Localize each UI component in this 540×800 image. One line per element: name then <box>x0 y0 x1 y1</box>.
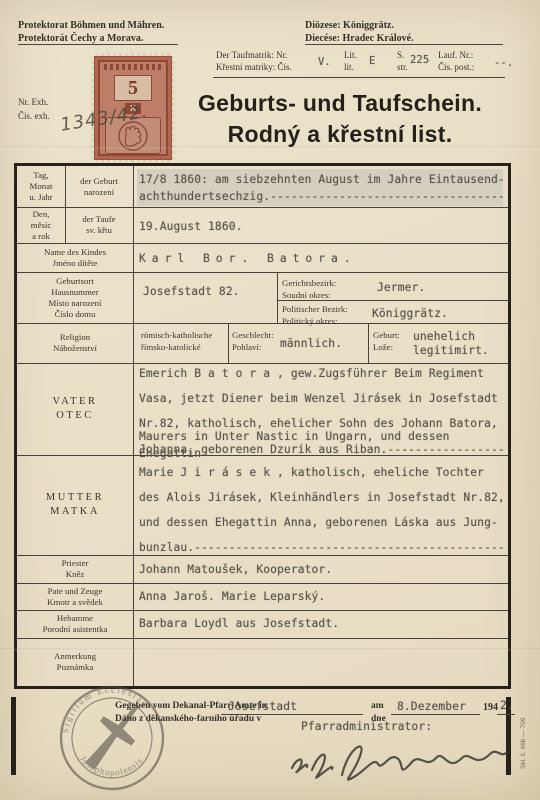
religion-cell-divider <box>228 323 229 363</box>
protectorate-heading: Protektorat Böhmen und Mähren. Protektor… <box>18 19 164 45</box>
form-number: Skl. č. 46b — 709 <box>520 718 527 769</box>
seal-text-bottom: Josephopolensis <box>78 754 145 778</box>
issue-place-underline <box>221 714 363 715</box>
matrik-s-label: S. str. <box>397 49 408 73</box>
legitimacy-value: unehelich legitimirt. <box>413 330 489 357</box>
paper-crease <box>0 146 540 149</box>
exh-label: Nr. Exh. Čís. exh. <box>18 95 50 123</box>
father-line: Vasa, jetzt Diener beim Wenzel Jirásek i… <box>139 391 498 408</box>
child-name-value: Karl Bor. Batora. <box>139 251 357 268</box>
label-birthplace: Geburtsort Hausnummer Místo narození Čís… <box>17 272 133 323</box>
matrik-lauf-label: Lauf. Nr.: Čís. post.: <box>438 49 474 73</box>
godparent-value: Anna Jaroš. Marie Leparský. <box>139 589 325 606</box>
header-left-rule <box>18 44 178 45</box>
svg-text:Josephopolensis: Josephopolensis <box>78 754 145 778</box>
year-underline <box>497 714 515 715</box>
paper-crease <box>0 648 540 651</box>
sex-cell-divider <box>368 323 369 363</box>
matrik-lit-value: E <box>369 55 375 67</box>
header-right-rule <box>305 44 503 45</box>
matrik-s-value: 225 <box>410 54 429 66</box>
diocese-heading: Diözese: Königgrätz. Diecése: Hradec Krá… <box>305 19 414 45</box>
religion-value: römisch-katholische římsko-katolické <box>141 329 212 353</box>
father-line: Emerich B a t o r a , gew.Zugsführer Bei… <box>139 366 484 383</box>
mother-line: des Alois Jirásek, Kleinhändlers in Jose… <box>139 490 505 507</box>
matrik-lauf-value: --. <box>494 57 513 69</box>
document-title-german: Geburts- und Taufschein. <box>172 88 508 119</box>
year-typed: 2. <box>500 698 514 715</box>
issue-date-underline <box>391 714 480 715</box>
matrik-nr-value: V. <box>318 56 331 68</box>
sex-label: Geschlecht: Pohlaví: <box>232 329 274 353</box>
legitimacy-label: Geburt: Lože: <box>373 329 400 353</box>
sex-value: männlich. <box>280 336 342 353</box>
mother-line: Marie J i r á s e k , katholisch, ehelic… <box>139 465 484 482</box>
stamp-value: 5 <box>114 75 152 101</box>
political-district-label: Politischer Bezirk: Politický okres: <box>282 303 348 327</box>
label-column-divider <box>133 166 134 686</box>
label-of-baptism: der Taufe sv. křtu <box>65 207 133 243</box>
court-district-label: Gerichtsbezirk: Soudní okres: <box>282 277 336 301</box>
document-title: Geburts- und Taufschein. Rodný a křestní… <box>172 88 508 150</box>
label-godparent: Pate und Zeuge Kmotr a svědek <box>17 583 133 610</box>
birth-certificate-document: Protektorat Böhmen und Mähren. Protektor… <box>0 0 540 800</box>
parish-seal-icon: Sigillum Ecclesiae Josephopolensis <box>56 682 168 794</box>
footer-left-bar <box>11 697 16 775</box>
certificate-table: Tag, Monat u. Jahr der Geburt narození D… <box>14 163 511 689</box>
father-line: Johanna, geborenen Dzurik aus Riban.----… <box>139 442 505 459</box>
matrik-rule <box>213 77 505 78</box>
birth-date-value: 17/8 1860: am siebzehnten August im Jahr… <box>139 172 505 205</box>
label-midwife: Hebamme Porodní asistentka <box>17 610 133 638</box>
label-father: VATER OTEC <box>17 363 133 455</box>
political-district-value: Königgrätz. <box>372 306 448 323</box>
midwife-value: Barbara Loydl aus Josefstadt. <box>139 616 339 633</box>
court-district-value: Jermer. <box>377 280 425 297</box>
label-date-german: Tag, Monat u. Jahr <box>17 166 65 207</box>
matrik-label: Der Taufmatrik: Nr. Křestní matriky: Čís… <box>216 49 292 73</box>
label-note: Anmerkung Poznámka <box>17 638 133 686</box>
year-printed: 194 <box>483 701 498 714</box>
label-date-czech: Den, měsíc a rok <box>17 207 65 243</box>
label-of-birth: der Geburt narození <box>65 166 133 207</box>
administrator-signature <box>278 724 518 790</box>
label-priest: Priester Kněz <box>17 555 133 583</box>
label-religion: Religion Náboženství <box>17 323 133 363</box>
mother-line: und dessen Ehegattin Anna, geborenen Lás… <box>139 515 498 532</box>
stamp-ornament-band <box>104 64 162 70</box>
mother-line: bunzlau.--------------------------------… <box>139 540 505 557</box>
matrik-lit-label: Lit. lit. <box>344 49 357 73</box>
birthplace-cell-divider <box>277 272 278 323</box>
birthplace-value: Josefstadt 82. <box>143 284 240 301</box>
label-child-name: Name des Kindes Jméno dítěte <box>17 243 133 272</box>
priest-value: Johann Matoušek, Kooperator. <box>139 562 332 579</box>
baptism-date-value: 19.August 1860. <box>139 219 243 236</box>
label-mother: MUTTER MATKA <box>17 455 133 555</box>
